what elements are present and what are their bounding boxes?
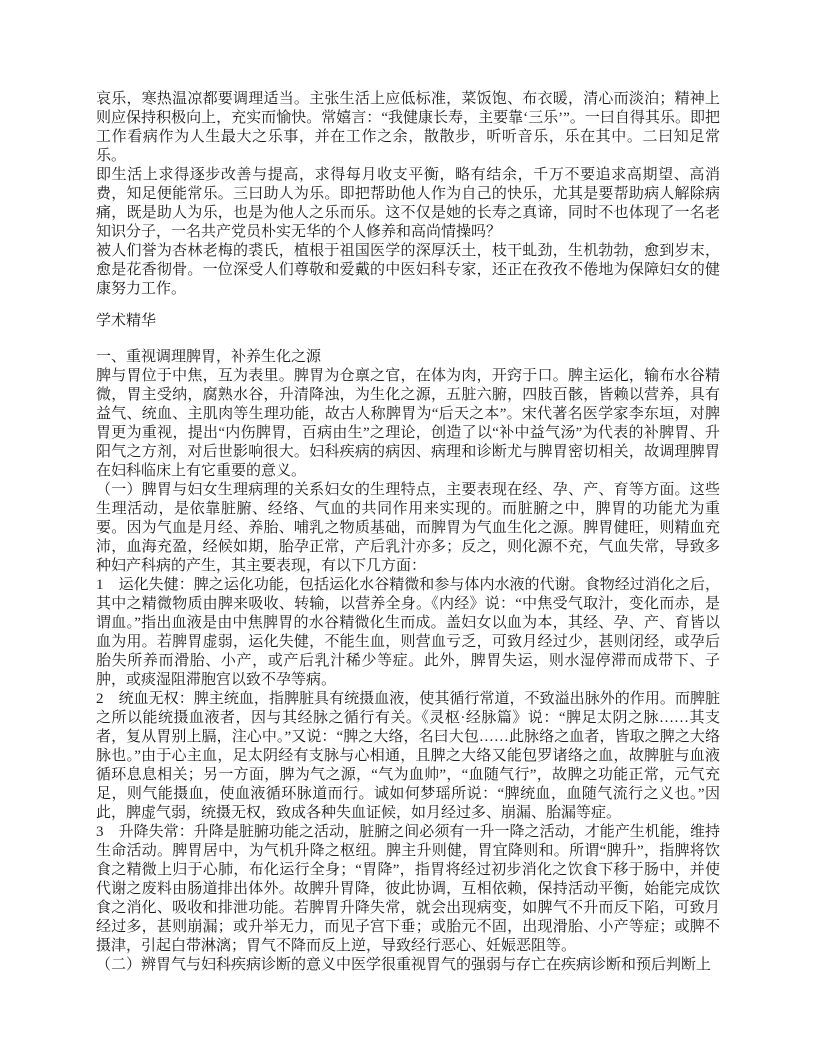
section-heading: 学术精华 [96, 312, 720, 331]
paragraph-intro-3: 被人们誉为杏林老梅的裘氏，植根于祖国医学的深厚沃土，枝干虬劲，生机勃勃，愈到岁末… [96, 242, 720, 299]
paragraph-intro-1: 哀乐，寒热温凉都要调理适当。主张生活上应低标准，菜饭饱、布衣暖，清心而淡泊；精神… [96, 90, 720, 166]
paragraph-item-2-blood-control-failure: 2 统血无权：脾主统血，指脾脏具有统摄血液，使其循行常道，不致溢出脉外的作用。而… [96, 690, 720, 823]
document-page: 哀乐，寒热温凉都要调理适当。主张生活上应低标准，菜饭饱、布衣暖，清心而淡泊；精神… [0, 0, 816, 1056]
paragraph-item-3-ascending-descending-disorder: 3 升降失常：升降是脏腑功能之活动，脏腑之间必须有一升一降之活动，才能产生机能，… [96, 823, 720, 956]
subsection-heading: 一、重视调理脾胃，补养生化之源 [96, 348, 720, 367]
paragraph-stomach-qi-diagnosis: （二）辨胃气与妇科疾病诊断的意义中医学很重视胃气的强弱与存亡在疾病诊断和预后判断… [96, 956, 720, 975]
paragraph-intro-2: 即生活上求得逐步改善与提高，求得每月收支平衡，略有结余，千万不要追求高期望、高消… [96, 166, 720, 242]
paragraph-item-1-transport-failure: 1 运化失健：脾之运化功能，包括运化水谷精微和参与体内水液的代谢。食物经过消化之… [96, 576, 720, 690]
paragraph-spleen-stomach-overview: 脾与胃位于中焦，互为表里。脾胃为仓禀之官，在体为肉，开窍于口。脾主运化，输布水谷… [96, 367, 720, 481]
paragraph-physiology-relationship: （一）脾胃与妇女生理病理的关系妇女的生理特点，主要表现在经、孕、产、育等方面。这… [96, 481, 720, 576]
